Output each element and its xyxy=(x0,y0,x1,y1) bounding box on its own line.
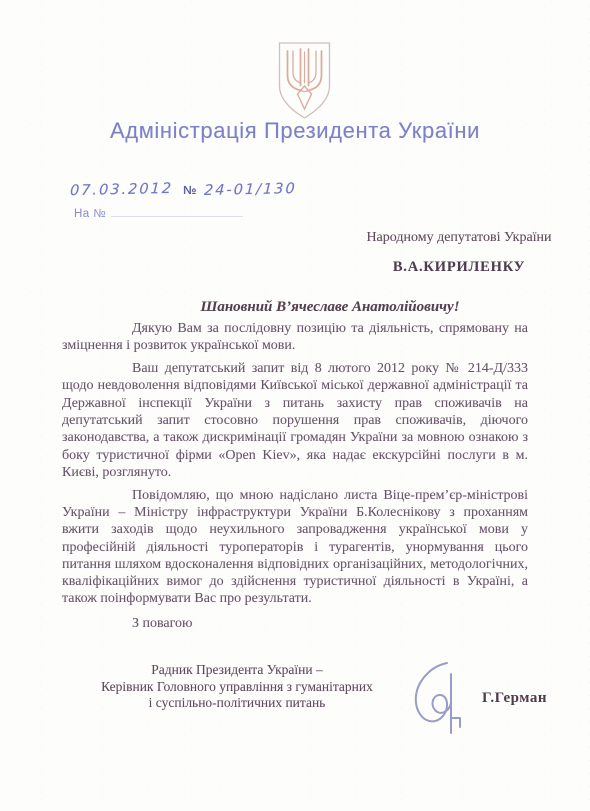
organization-title: Адміністрація Президента України xyxy=(0,118,590,144)
handwritten-outgoing-number: 24-01/130 xyxy=(204,181,297,199)
body-paragraph: Ваш депутатський запит від 8 лютого 2012… xyxy=(62,360,528,481)
body-paragraph: Повідомляю, що мною надіслано листа Віце… xyxy=(62,487,528,608)
recipient-block: Народному депутатові України В.А.КИРИЛЕН… xyxy=(340,230,578,276)
salutation: Шановний В’ячеславе Анатолійовичу! xyxy=(62,299,528,316)
body-paragraph: Дякую Вам за послідовну позицію та діяль… xyxy=(62,320,528,355)
signer-title-line: і суспільно-політичних питань xyxy=(96,695,378,712)
signer-title-line: Радник Президента України – xyxy=(96,662,378,679)
signer-title-block: Радник Президента України – Керівник Гол… xyxy=(96,662,378,712)
signer-name: Г.Герман xyxy=(482,690,547,707)
recipient-position: Народному депутатові України xyxy=(340,230,578,246)
closing-regards: З повагою xyxy=(132,616,193,632)
reply-reference-line: На № xyxy=(74,206,243,220)
reply-reference-label: На № xyxy=(74,208,106,220)
signer-title-line: Керівник Головного управління з гуманіта… xyxy=(96,679,378,696)
letter-body: Дякую Вам за послідовну позицію та діяль… xyxy=(62,320,528,613)
reply-reference-blank xyxy=(111,206,243,217)
reference-line: 07.03.2012 № 24-01/130 xyxy=(70,181,330,199)
handwritten-signature-icon xyxy=(406,657,464,741)
recipient-name: В.А.КИРИЛЕНКУ xyxy=(340,259,578,276)
ukraine-trident-emblem xyxy=(271,40,338,122)
handwritten-date: 07.03.2012 xyxy=(70,181,174,199)
number-sign: № xyxy=(183,183,196,197)
letter-page: Адміністрація Президента України 07.03.2… xyxy=(0,0,590,811)
